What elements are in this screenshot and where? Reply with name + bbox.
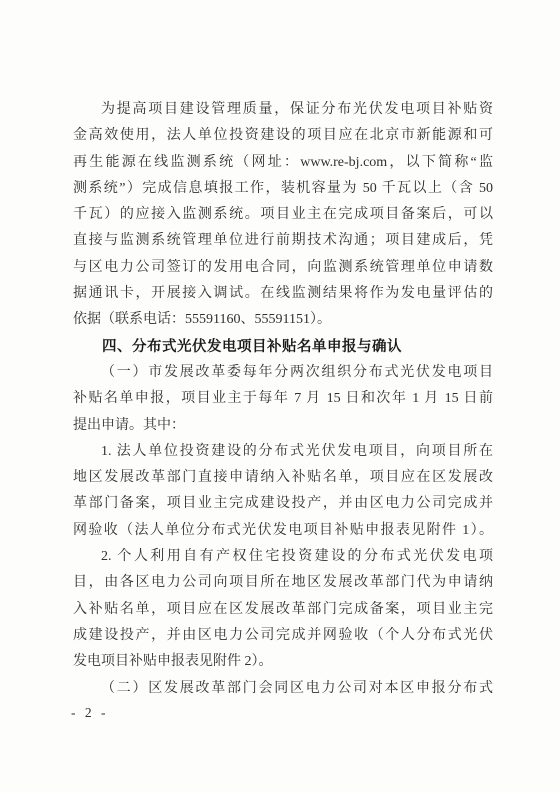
item2-line: 2. 个人利用自有产权住宅投资建设的分布式光伏发电项 [73,544,493,570]
page-number: - 2 - [71,703,109,723]
paragraph1-line: 直接与监测系统管理单位进行前期技术沟通；项目建成后，凭 [73,228,493,254]
paragraph1-line: 千瓦）的应接入监测系统。项目业主在完成项目备案后，可以 [73,202,493,228]
document-body: 为提高项目建设管理质量，保证分布光伏发电项目补贴资 金高效使用，法人单位投资建设… [73,97,493,702]
paragraph1-line: 依据（联系电话：55591160、55591151）。 [73,307,493,333]
item1-line: 1. 法人单位投资建设的分布式光伏发电项目，向项目所在 [73,439,493,465]
paragraph3-line: （二）区发展改革部门会同区电力公司对本区申报分布式 [73,676,493,702]
paragraph1-line: 与区电力公司签订的发用电合同，向监测系统管理单位申请数 [73,255,493,281]
document-page: 为提高项目建设管理质量，保证分布光伏发电项目补贴资 金高效使用，法人单位投资建设… [0,0,560,792]
paragraph1-line: 测系统”）完成信息填报工作，装机容量为 50 千瓦以上（含 50 [73,176,493,202]
item2-line: 发电项目补贴申报表见附件 2）。 [73,649,493,675]
item1-line: 革部门备案，项目业主完成建设投产，并由区电力公司完成并 [73,491,493,517]
item1-line: 地区发展改革部门直接申请纳入补贴名单，项目应在区发展改 [73,465,493,491]
paragraph2-line: 提出申请。其中： [73,413,493,439]
paragraph1-line: 为提高项目建设管理质量，保证分布光伏发电项目补贴资 [73,97,493,123]
paragraph1-line: 金高效使用，法人单位投资建设的项目应在北京市新能源和可 [73,123,493,149]
paragraph1-line: 再生能源在线监测系统（网址：www.re-bj.com，以下简称“监 [73,150,493,176]
item2-line: 成建设投产，并由区电力公司完成并网验收（个人分布式光伏 [73,623,493,649]
item2-line: 目，由各区电力公司向项目所在地区发展改革部门代为申请纳 [73,570,493,596]
section-heading: 四、分布式光伏发电项目补贴名单申报与确认 [73,334,493,360]
paragraph2-line: 补贴名单申报，项目业主于每年 7 月 15 日和次年 1 月 15 日前 [73,386,493,412]
paragraph2-line: （一）市发展改革委每年分两次组织分布式光伏发电项目 [73,360,493,386]
item2-line: 入补贴名单，项目应在区发展改革部门完成备案，项目业主完 [73,597,493,623]
item1-line: 网验收（法人单位分布式光伏发电项目补贴申报表见附件 1）。 [73,518,493,544]
paragraph1-line: 据通讯卡，开展接入调试。在线监测结果将作为发电量评估的 [73,281,493,307]
